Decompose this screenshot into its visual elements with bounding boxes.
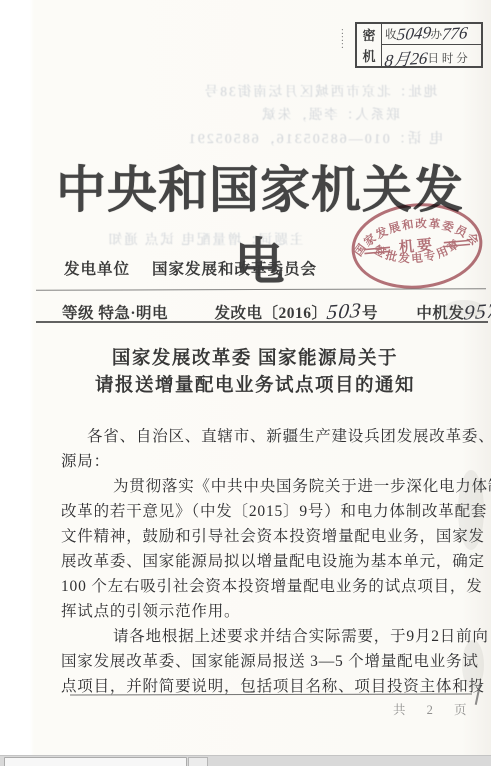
scrollbar-thumb[interactable] [4,757,187,766]
scan-smudge [444,300,484,318]
body-line: 为贯彻落实《中共中央国务院关于进一步深化电力体制 [61,474,467,499]
receipt-date-handwritten: 8月26 [383,44,429,72]
receipt-row-number: 收 5049 办 776 [382,24,481,44]
receipt-label-top: 密 [362,25,375,44]
doc-number-prefix: 发改电〔2016〕 [214,305,327,322]
grade-value: 特急·明电 [98,305,168,322]
official-seal-stamp: 国家发展和改革委员会 机要 签批发电专用章 [342,192,491,300]
horizontal-rule-2 [36,321,488,323]
bleedthrough-line-2: 联系人：李强，朱斌 [215,103,445,123]
body-line: 请各地根据上述要求并结合实际需要，于9月2日前向 [61,624,467,649]
issuing-unit-value: 国家发展和改革委员会 [152,261,317,278]
receipt-registry-box: 密 机 收 5049 办 776 8月26 日 时 分 [355,22,483,68]
issuing-unit-label: 发电单位 [64,261,130,278]
bleedthrough-line-1: 地址：北京市西城区月坛南街38号 [155,80,485,100]
bleedthrough-line-3: 电 话：010—68505316，68505291 [150,128,480,148]
document-title-line1: 国家发展改革委 国家能源局关于 [40,344,470,370]
receipt-row1-prefix: 收 [385,26,397,42]
horizontal-scrollbar[interactable] [0,755,491,766]
scan-smudge [462,640,484,690]
grade-label: 等级 [62,305,94,322]
body-line: 100 个左右吸引社会资本投资增量配电业务的试点项目，发 [61,574,467,599]
body-text: 各省、自治区、直辖市、新疆生产建设兵团发展改革委、能 源局： 为贯彻落实《中共中… [61,424,467,699]
scrollbar-button[interactable] [188,757,208,766]
doc-number: 发改电〔2016〕503号 [214,305,378,322]
receipt-box-labels: 密 机 [357,24,382,66]
scan-dots-artifact: ::: [341,28,344,49]
body-line: 源局： [61,449,467,474]
body-line: 文件精神，鼓励和引导社会资本投资增量配电业务，国家发 [61,524,467,549]
body-line: 国家发展改革委、国家能源局报送 3—5 个增量配电业务试 [61,649,467,674]
receipt-date-suffix: 日 时 分 [428,50,468,66]
document-title-line2: 请报送增量配电业务试点项目的通知 [40,371,470,397]
receipt-row1-mid: 办 [431,26,443,42]
body-line: 各省、自治区、直辖市、新疆生产建设兵团发展改革委、能 [61,424,467,449]
grade-row: 等级 特急·明电 发改电〔2016〕503号 中机发9570号 [62,297,482,324]
scanned-telegram-page: ::: 密 机 收 5049 办 776 8月26 日 时 分 地址：北京市西城… [0,0,491,766]
body-line: 改革的若干意见》（中发〔2015〕9号）和电力体制改革配套 [61,499,467,524]
doc-number-suffix: 号 [362,305,378,322]
body-line: 展改革委、国家能源局拟以增量配电设施为基本单元，确定 [61,549,467,574]
body-line: 挥试点的引领示范作用。 [61,599,467,624]
scan-smudge [458,470,484,550]
receipt-row1-number2-handwritten: 776 [441,23,469,45]
issuing-unit-row: 发电单位国家发展和改革委员会 [64,257,317,279]
page-count: 共 2 页 [393,700,476,718]
receipt-row1-number-handwritten: 5049 [395,23,431,45]
receipt-row-date: 8月26 日 时 分 [382,44,481,70]
receipt-label-bottom: 机 [362,46,375,65]
